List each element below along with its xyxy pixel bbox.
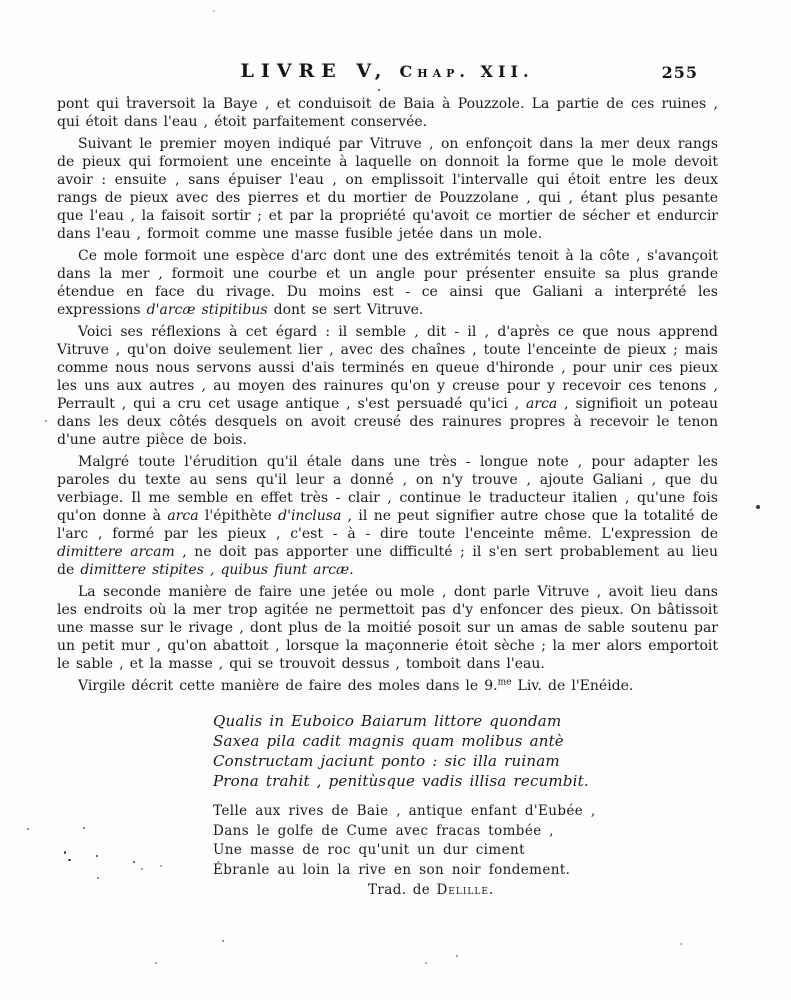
- running-title-chapter: Chap. XII.: [399, 62, 533, 81]
- scan-speck: [133, 861, 135, 863]
- body-text: pont qui traversoit la Baye , et conduis…: [57, 96, 718, 900]
- scan-speck: [27, 828, 29, 830]
- scan-speck: [160, 865, 162, 867]
- attribution-prefix: Trad. de: [368, 882, 436, 898]
- scan-speck: [155, 962, 157, 964]
- translation-attribution: Trad. de Delille.: [368, 882, 718, 900]
- text-run: La seconde manière de faire une jetée ou…: [57, 584, 718, 672]
- scan-speck: [378, 89, 380, 91]
- italic-run: d'arcæ stipitibus: [147, 302, 268, 318]
- italic-run: dimittere stipites , quibus fiunt arcæ: [80, 562, 349, 578]
- verse-line: Une masse de roc qu'unit un dur ciment: [213, 841, 718, 861]
- text-run: l'épithète: [199, 508, 279, 524]
- text-run: .: [349, 562, 353, 578]
- paragraphs-container: pont qui traversoit la Baye , et conduis…: [57, 96, 718, 696]
- attribution-suffix: .: [489, 882, 494, 898]
- verse-line: Constructam jaciunt ponto : sic illa rui…: [213, 751, 718, 771]
- verse-line: Ébranle au loin la rive en son noir fond…: [213, 861, 718, 881]
- text-run: Virgile décrit cette manière de faire de…: [78, 678, 498, 694]
- italic-run: arca: [526, 396, 557, 412]
- scan-speck: [456, 955, 458, 957]
- italic-run: arca: [167, 508, 198, 524]
- scan-speck: [127, 96, 129, 98]
- verse-line: Telle aux rives de Baie , antique enfant…: [213, 802, 718, 822]
- paragraph: pont qui traversoit la Baye , et conduis…: [57, 96, 718, 132]
- superscript-run: me: [498, 677, 512, 687]
- latin-verse: Qualis in Euboico Baiarum littore quonda…: [213, 711, 718, 791]
- scan-speck: [141, 868, 143, 870]
- scan-speck: [68, 859, 71, 861]
- french-verse: Telle aux rives de Baie , antique enfant…: [213, 802, 718, 880]
- scan-speck: [680, 943, 682, 945]
- scan-speck: [213, 10, 215, 12]
- scan-speck: [83, 827, 85, 829]
- paragraph: Malgré toute l'érudition qu'il étale dan…: [57, 454, 718, 579]
- running-title-book: LIVRE V,: [240, 60, 388, 82]
- page-header: LIVRE V, Chap. XII.: [57, 60, 717, 86]
- paragraph: Virgile décrit cette manière de faire de…: [57, 678, 718, 696]
- page-number: 255: [662, 63, 698, 82]
- margin-dot: [45, 420, 47, 422]
- italic-run: d'inclusa: [278, 508, 341, 524]
- paragraph: Ce mole formoit une espèce d'arc dont un…: [57, 248, 718, 320]
- text-run: pont qui traversoit la Baye , et conduis…: [57, 96, 718, 130]
- verse-line: Saxea pila cadit magnis quam molibus ant…: [213, 731, 718, 751]
- scan-speck: [96, 855, 98, 857]
- running-title: LIVRE V, Chap. XII.: [57, 60, 717, 82]
- attribution-translator-name: Delille: [436, 882, 488, 898]
- text-run: Suivant le premier moyen indiqué par Vit…: [57, 136, 718, 242]
- verse-line: Qualis in Euboico Baiarum littore quonda…: [213, 711, 718, 731]
- scan-speck: [64, 851, 66, 854]
- paragraph: La seconde manière de faire une jetée ou…: [57, 584, 718, 674]
- verse-line: Dans le golfe de Cume avec fracas tombée…: [213, 822, 718, 842]
- paragraph: Voici ses réflexions à cet égard : il se…: [57, 324, 718, 449]
- verse-line: Prona trahit , penitùsque vadis illisa r…: [213, 771, 718, 791]
- paragraph: Suivant le premier moyen indiqué par Vit…: [57, 136, 718, 243]
- italic-run: dimittere arcam: [57, 544, 175, 560]
- text-run: dont se sert Vitruve.: [268, 302, 424, 318]
- scan-speck: [97, 877, 99, 879]
- scan-speck: [425, 962, 427, 964]
- margin-dot: [756, 505, 760, 509]
- book-page-scan: LIVRE V, Chap. XII. 255 pont qui travers…: [0, 0, 791, 1000]
- text-run: Liv. de l'Enéide.: [511, 678, 633, 694]
- scan-speck: [222, 940, 224, 942]
